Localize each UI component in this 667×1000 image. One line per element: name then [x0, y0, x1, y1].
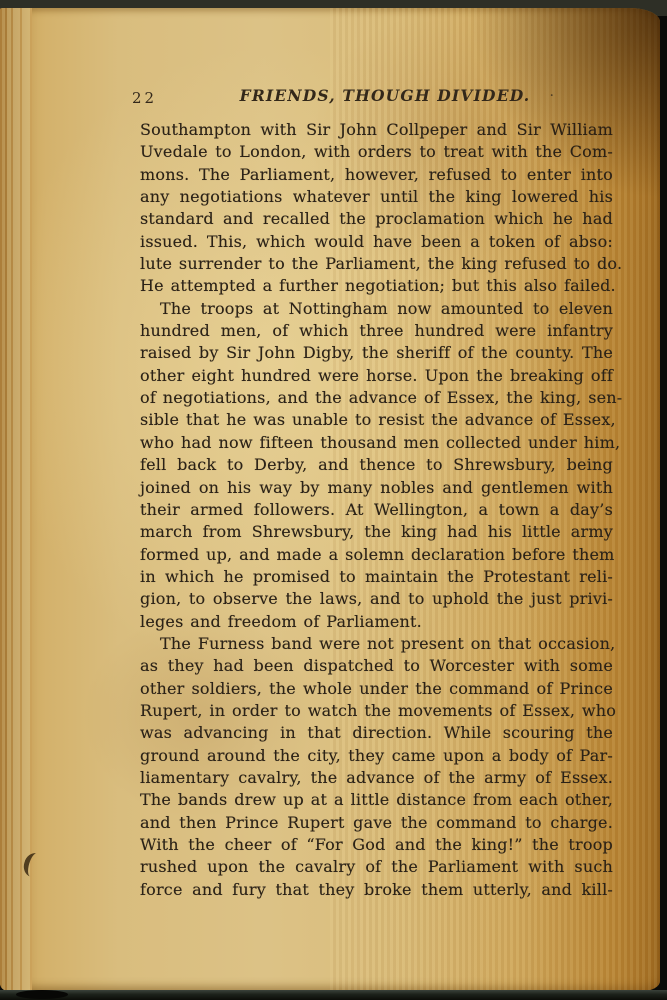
dark-blob-bottom-left — [16, 990, 68, 999]
text-line: ground around the city, they came upon a… — [140, 745, 613, 767]
text-line: fell back to Derby, and thence to Shrews… — [140, 454, 613, 476]
text-line: other soldiers, the whole under the comm… — [140, 678, 613, 700]
text-line: Uvedale to London, with orders to treat … — [140, 141, 613, 163]
text-line: was advancing in that direction. While s… — [140, 722, 613, 744]
text-line: other eight hundred were horse. Upon the… — [140, 365, 613, 387]
text-line: Southampton with Sir John Collpeper and … — [140, 119, 613, 141]
text-line: in which he promised to maintain the Pro… — [140, 566, 613, 588]
text-line: hundred men, of which three hundred were… — [140, 320, 613, 342]
text-line: sible that he was unable to resist the a… — [140, 409, 613, 431]
text-line: of negotiations, and the advance of Esse… — [140, 387, 613, 409]
text-line: and then Prince Rupert gave the command … — [140, 812, 613, 834]
text-line: mons. The Parliament, however, refused t… — [140, 164, 613, 186]
page-stack-left-edge — [0, 8, 42, 991]
text-line: who had now fifteen thousand men collect… — [140, 432, 613, 454]
text-line: The bands drew up at a little distance f… — [140, 789, 613, 811]
text-line: gion, to observe the laws, and to uphold… — [140, 588, 613, 610]
text-line: The troops at Nottingham now amounted to… — [140, 298, 613, 320]
text-line: leges and freedom of Parliament. — [140, 611, 613, 633]
text-line: any negotiations whatever until the king… — [140, 186, 613, 208]
text-line: force and fury that they broke them utte… — [140, 879, 613, 901]
text-line: issued. This, which would have been a to… — [140, 231, 613, 253]
text-line: He attempted a further negotiation; but … — [140, 275, 613, 297]
text-line: standard and recalled the proclamation w… — [140, 208, 613, 230]
text-line: With the cheer of “For God and the king!… — [140, 834, 613, 856]
text-line: lute surrender to the Parliament, the ki… — [140, 253, 613, 275]
book-page-scan: 22 FRIENDS, THOUGH DIVIDED. · Southampto… — [0, 0, 667, 1000]
page-body-text: Southampton with Sir John Collpeper and … — [140, 119, 613, 901]
text-line: their armed followers. At Wellington, a … — [140, 499, 613, 521]
book-cover-bottom-edge — [0, 990, 667, 1000]
text-line: The Furness band were not present on tha… — [140, 633, 613, 655]
header-trailing-mark: · — [550, 88, 554, 104]
text-line: rushed upon the cavalry of the Parliamen… — [140, 856, 613, 878]
page-header: 22 FRIENDS, THOUGH DIVIDED. · — [130, 86, 612, 108]
text-line: formed up, and made a solemn declaration… — [140, 544, 613, 566]
text-line: liamentary cavalry, the advance of the a… — [140, 767, 613, 789]
text-line: as they had been dispatched to Worcester… — [140, 655, 613, 677]
text-line: joined on his way by many nobles and gen… — [140, 477, 613, 499]
book-page: 22 FRIENDS, THOUGH DIVIDED. · Southampto… — [0, 8, 660, 991]
text-line: Rupert, in order to watch the movements … — [140, 700, 613, 722]
text-line: march from Shrewsbury, the king had his … — [140, 521, 613, 543]
text-line: raised by Sir John Digby, the sheriff of… — [140, 342, 613, 364]
